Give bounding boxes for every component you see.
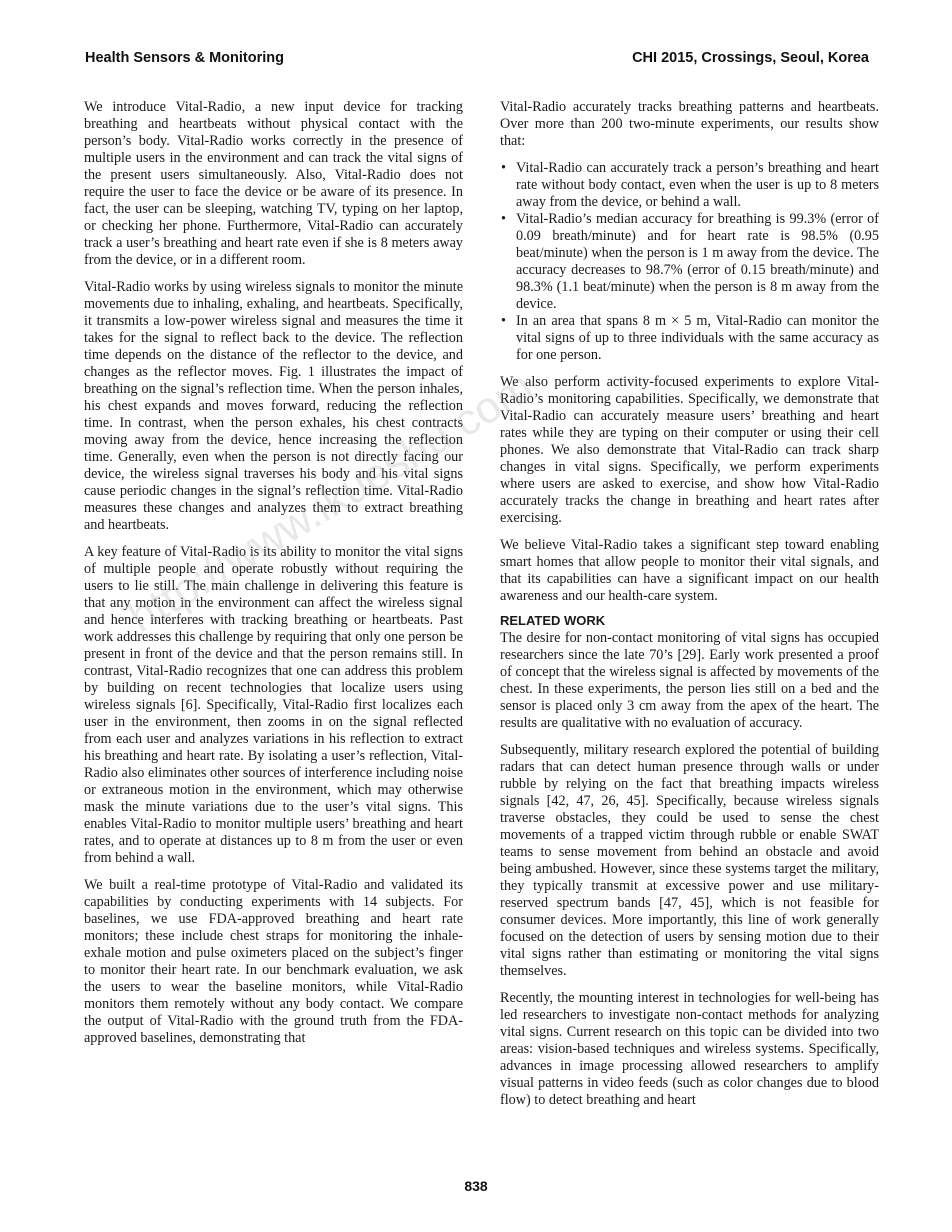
paragraph-key-feature: A key feature of Vital-Radio is its abil… bbox=[84, 544, 463, 867]
page-number: 838 bbox=[0, 1178, 952, 1194]
right-column: Vital-Radio accurately tracks breathing … bbox=[500, 99, 879, 1119]
bullet-item: In an area that spans 8 m × 5 m, Vital-R… bbox=[516, 313, 879, 364]
header-conference: CHI 2015, Crossings, Seoul, Korea bbox=[632, 50, 869, 66]
bullet-item: Vital-Radio can accurately track a perso… bbox=[516, 160, 879, 211]
left-column: We introduce Vital-Radio, a new input de… bbox=[84, 99, 463, 1057]
paragraph-intro: We introduce Vital-Radio, a new input de… bbox=[84, 99, 463, 269]
results-bullet-list: Vital-Radio can accurately track a perso… bbox=[500, 160, 879, 364]
paragraph-related-early-work: The desire for non-contact monitoring of… bbox=[500, 630, 879, 732]
paragraph-prototype: We built a real-time prototype of Vital-… bbox=[84, 877, 463, 1047]
paragraph-activity-experiments: We also perform activity-focused experim… bbox=[500, 374, 879, 527]
paragraph-results-intro: Vital-Radio accurately tracks breathing … bbox=[500, 99, 879, 150]
running-header: Health Sensors & Monitoring CHI 2015, Cr… bbox=[85, 50, 869, 70]
bullet-item: Vital-Radio’s median accuracy for breath… bbox=[516, 211, 879, 313]
paragraph-related-military: Subsequently, military research explored… bbox=[500, 742, 879, 980]
paragraph-related-recent: Recently, the mounting interest in techn… bbox=[500, 990, 879, 1109]
paragraph-significance: We believe Vital-Radio takes a significa… bbox=[500, 537, 879, 605]
section-heading-related-work: RELATED WORK bbox=[500, 613, 879, 629]
paragraph-how-it-works: Vital-Radio works by using wireless sign… bbox=[84, 279, 463, 534]
header-track-title: Health Sensors & Monitoring bbox=[85, 50, 284, 66]
